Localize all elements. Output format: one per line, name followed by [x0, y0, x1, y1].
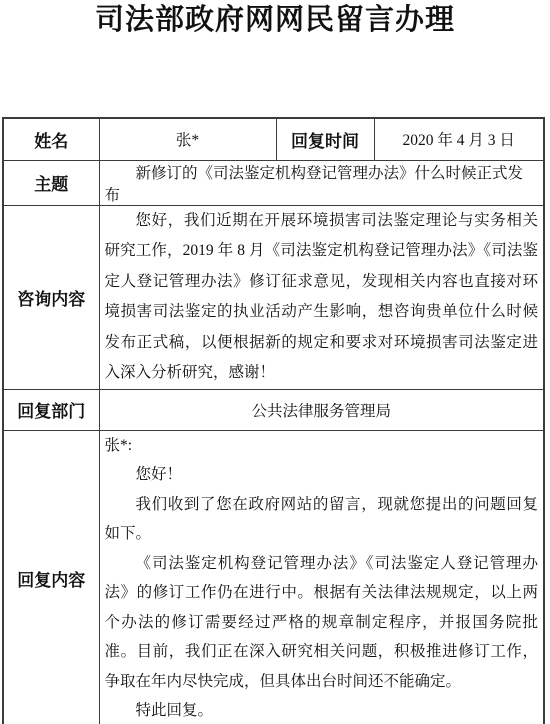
inquiry-paragraph: 您好，我们近期在开展环境损害司法鉴定理论与实务相关研究工作，2019 年 8 月…: [105, 206, 539, 389]
table-row-reply-dept: 回复部门 公共法律服务管理局: [3, 389, 544, 430]
reply-dept-value-cell: 公共法律服务管理局: [99, 389, 544, 430]
table-row-inquiry: 咨询内容 您好，我们近期在开展环境损害司法鉴定理论与实务相关研究工作，2019 …: [3, 205, 544, 389]
reply-salutation: 张*:: [105, 431, 539, 461]
table-row-name-time: 姓名 张* 回复时间 2020 年 4 月 3 日: [3, 118, 544, 160]
reply-paragraph: 《司法鉴定机构登记管理办法》《司法鉴定人登记管理办法》的修订工作仍在进行中。根据…: [105, 549, 539, 697]
subject-value-cell: 新修订的《司法鉴定机构登记管理办法》什么时候正式发布: [99, 160, 544, 205]
page-title: 司法部政府网网民留言办理: [0, 3, 550, 37]
inquiry-label-cell: 咨询内容: [3, 205, 99, 389]
name-label-cell: 姓名: [3, 118, 99, 160]
reply-time-label-cell: 回复时间: [276, 118, 374, 160]
reply-time-value-cell: 2020 年 4 月 3 日: [374, 118, 544, 160]
reply-paragraph: 您好！: [105, 460, 539, 490]
message-handling-table: 姓名 张* 回复时间 2020 年 4 月 3 日 主题 新修订的《司法鉴定机构…: [2, 117, 545, 724]
reply-content-cell: 张*: 您好！ 我们收到了您在政府网站的留言，现就您提出的问题回复如下。 《司法…: [99, 430, 544, 724]
inquiry-content-cell: 您好，我们近期在开展环境损害司法鉴定理论与实务相关研究工作，2019 年 8 月…: [99, 205, 544, 389]
subject-label-cell: 主题: [3, 160, 99, 205]
name-value-cell: 张*: [99, 118, 276, 160]
reply-paragraph: 特此回复。: [105, 696, 539, 724]
reply-label-cell: 回复内容: [3, 430, 99, 724]
reply-dept-label-cell: 回复部门: [3, 389, 99, 430]
table-row-reply-content: 回复内容 张*: 您好！ 我们收到了您在政府网站的留言，现就您提出的问题回复如下…: [3, 430, 544, 724]
reply-paragraph: 我们收到了您在政府网站的留言，现就您提出的问题回复如下。: [105, 490, 539, 549]
table-row-subject: 主题 新修订的《司法鉴定机构登记管理办法》什么时候正式发布: [3, 160, 544, 205]
